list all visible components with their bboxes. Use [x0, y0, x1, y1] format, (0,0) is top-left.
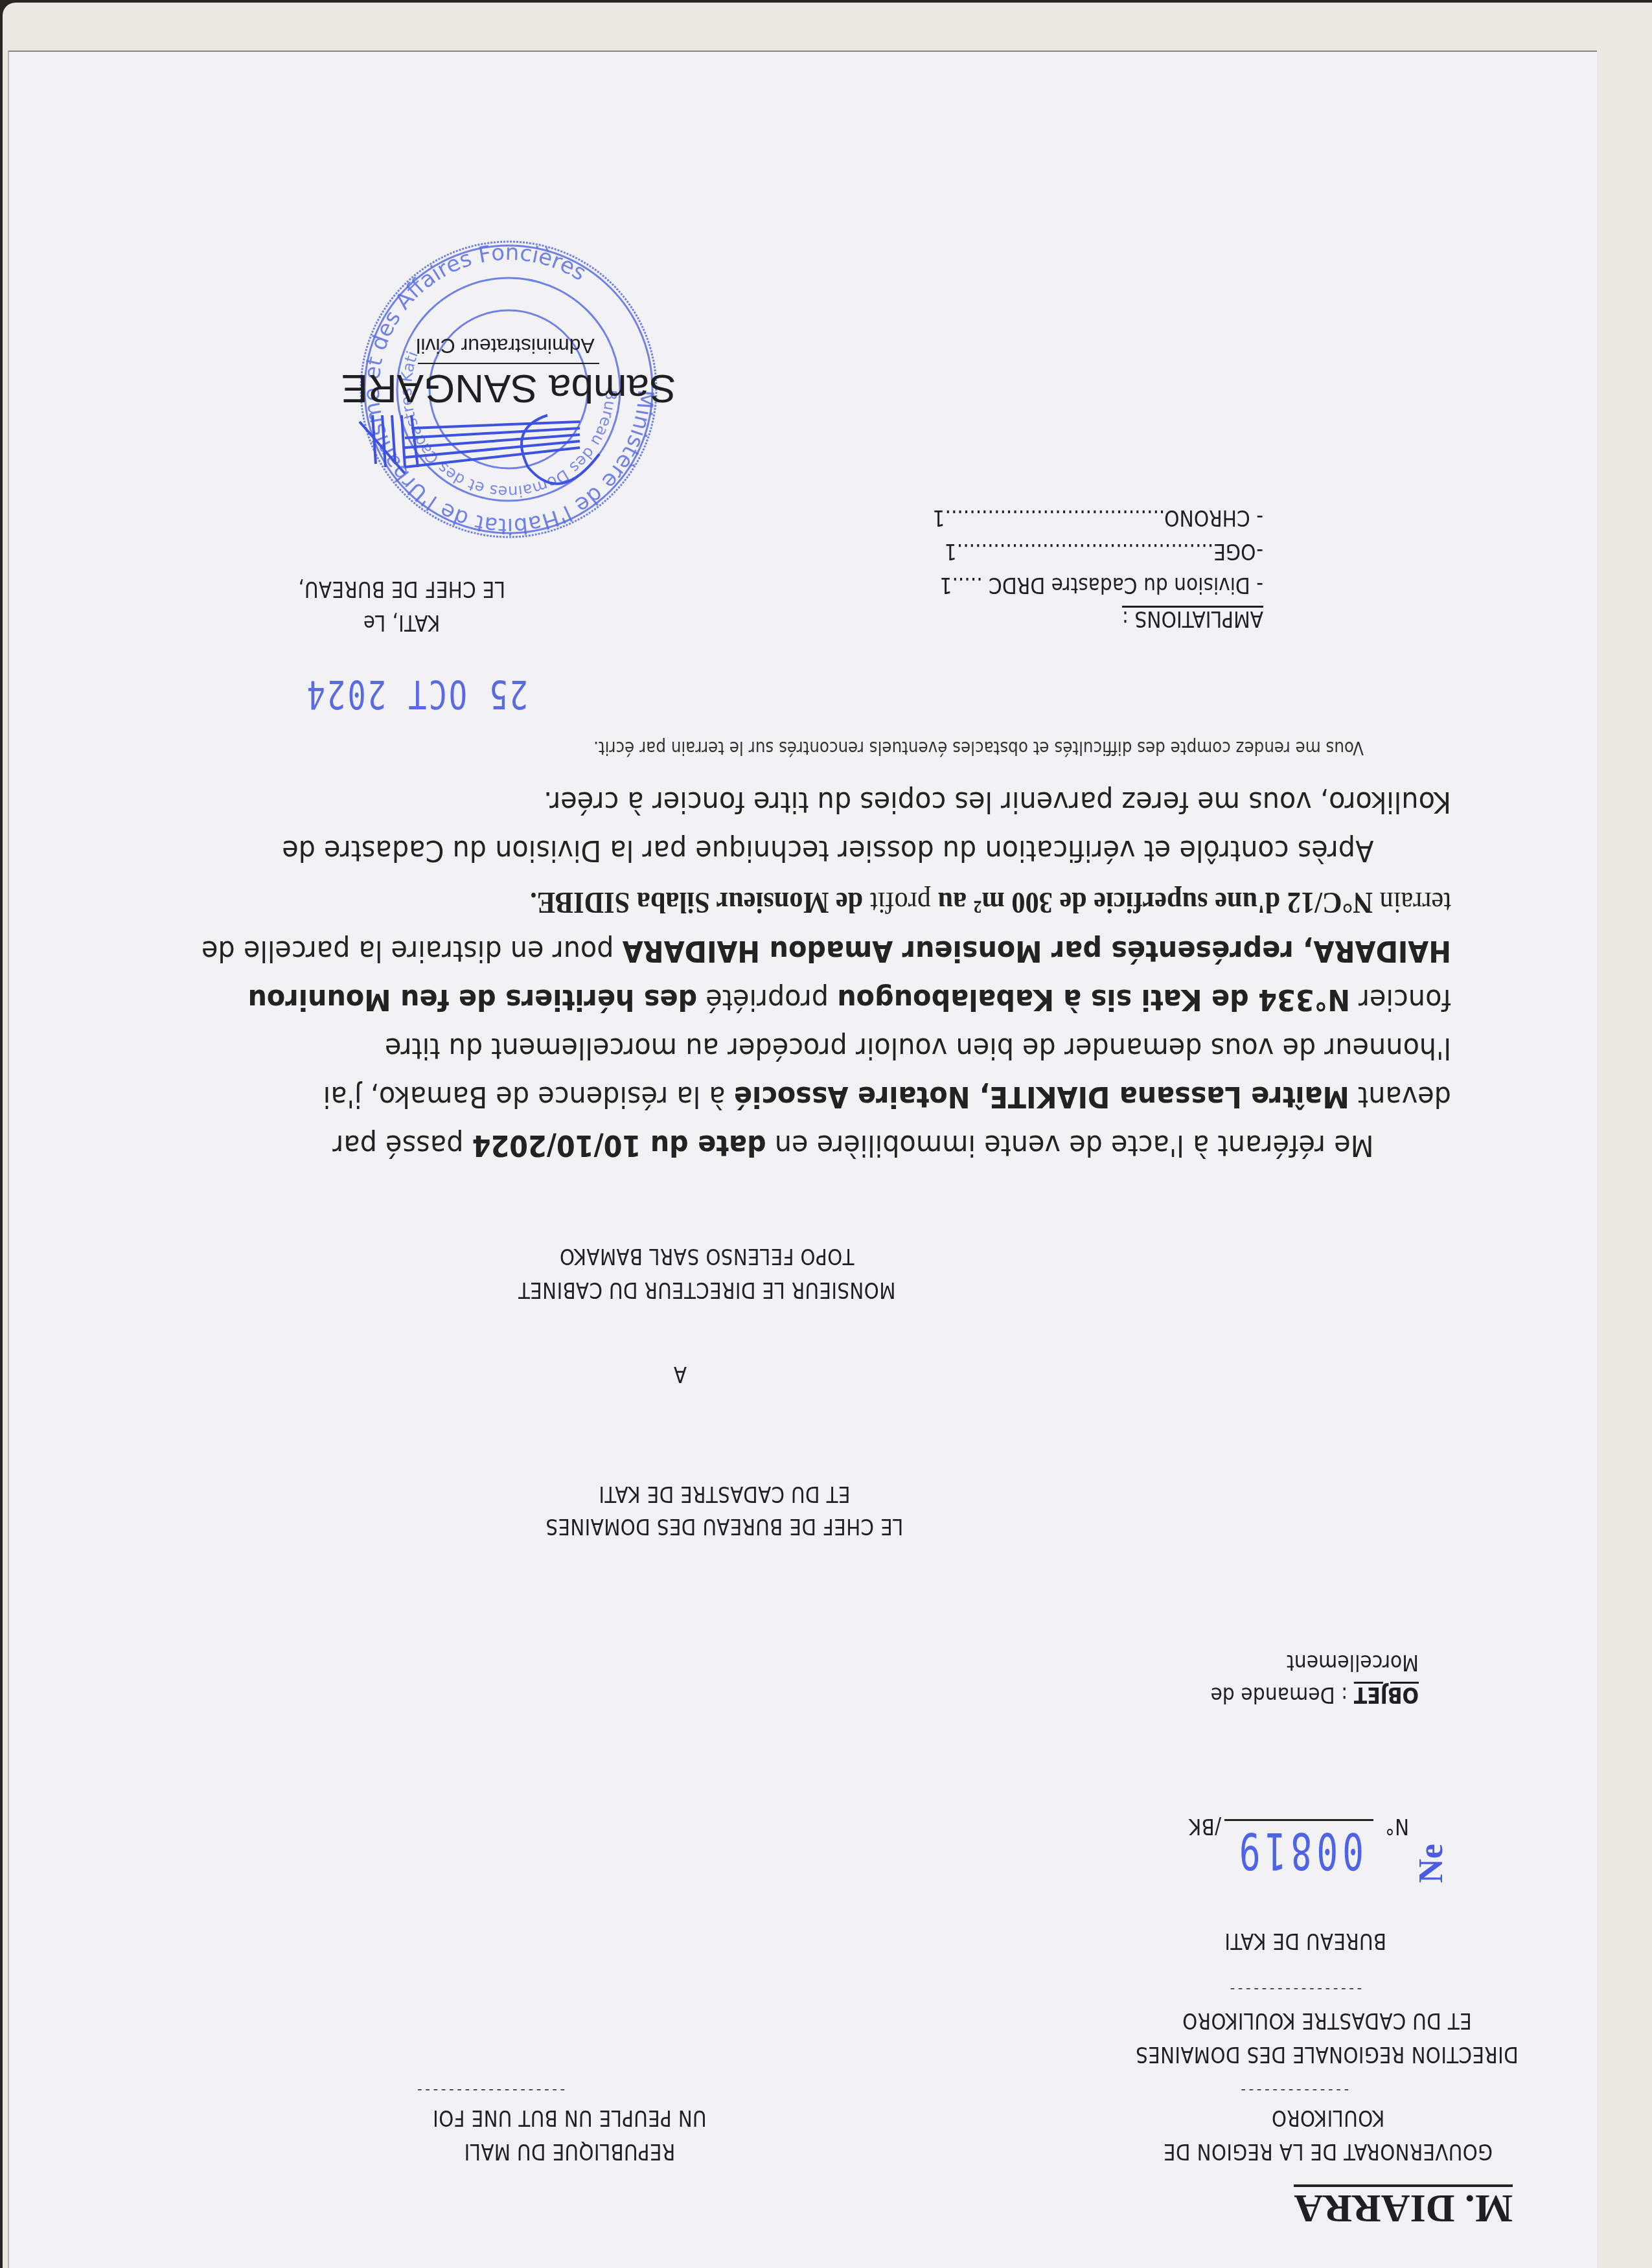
paragraph-2-line-2: Koulikoro, vous me ferez parvenir les co…	[140, 778, 1451, 827]
republic-block: REPUBLIQUE DU MALI UN PEUPLE UN BUT UNE …	[413, 2105, 726, 2164]
objet-line-1: : Demande de	[1210, 1682, 1348, 1708]
place-date: KATI, Le	[262, 610, 541, 636]
date-stamp: 25 OCT 2024	[305, 671, 528, 716]
separator-2: -----------------	[1229, 1981, 1364, 1997]
objet-line-2: Morcellement	[1210, 1646, 1419, 1678]
direction-line-2: ET DU CADASTRE KOULIKORO	[1115, 2008, 1539, 2033]
paragraph-2-line-1: Après contrôle et vérification du dossie…	[140, 827, 1451, 875]
paragraph-line: devant Maître Lassana DIAKITE, Notaire A…	[140, 1073, 1451, 1121]
text-run: devant	[1349, 1080, 1451, 1114]
text-run: pour en distraire la parcelle de	[201, 934, 623, 968]
ampliations-block: AMPLIATIONS : - Division du Cadastre DRD…	[933, 501, 1263, 636]
sender-line-1: LE CHEF DE BUREAU DES DOMAINES	[512, 1513, 936, 1539]
author-name: M. DIARRA	[1294, 2184, 1513, 2229]
signature-heading: KATI, Le LE CHEF DE BUREAU,	[262, 576, 541, 636]
recipient-line-1: MONSIEUR LE DIRECTEUR DU CABINET	[484, 1277, 930, 1303]
signatory-title: Administrateur Civil	[416, 334, 595, 358]
direction-block: DIRECTION REGIONALE DES DOMAINES ET DU C…	[1115, 2008, 1539, 2067]
gouvernorat-block: GOUVERNORAT DE LA REGION DE KOULIKORO	[1150, 2105, 1506, 2164]
paragraph-line: foncier N°334 de Kati sis à Kabalabougou…	[140, 976, 1451, 1024]
handwritten-mark: Ne	[1412, 1844, 1451, 1883]
official-stamp: Ministère de l'Habitat de l'Urbanisme et…	[340, 234, 677, 545]
body-paragraph-3: Vous me rendez compte des difficultés et…	[593, 737, 1364, 759]
paragraph-line: Me référant à l'acte de vente immobilièr…	[140, 1121, 1451, 1170]
separator-3: -------------------	[416, 2082, 567, 2098]
ampliation-item: - Division du Cadastre DRDC .....1	[933, 568, 1263, 602]
signatory-name: Samba SANGARE	[341, 366, 676, 411]
separator-1: --------------	[1240, 2082, 1351, 2098]
text-run: propriété	[697, 983, 837, 1017]
bold-run: N°C/12 d'une superficie de 300 m² au	[931, 886, 1373, 919]
body-paragraph-1: Me référant à l'acte de vente immobilièr…	[140, 878, 1451, 1170]
country-name: REPUBLIQUE DU MALI	[413, 2138, 726, 2164]
ampliations-label: AMPLIATIONS :	[933, 602, 1263, 636]
ampliation-item: - CHRONO................................…	[933, 501, 1263, 534]
text-run: à la résidence de Bamako, j'ai	[323, 1080, 734, 1114]
reference-prefix: N°	[1385, 1813, 1409, 1839]
direction-line-1: DIRECTION REGIONALE DES DOMAINES	[1115, 2041, 1539, 2067]
sender-line-2: ET DU CADASTRE DE KATI	[512, 1481, 936, 1507]
reference-number: Ne N° 00819 /BK	[1050, 1802, 1438, 1860]
reference-value: 00819	[1235, 1821, 1364, 1879]
text-run: passé par	[332, 1128, 472, 1163]
to-label: A	[674, 1361, 687, 1387]
bold-run: des héritiers de feu Mounirou	[247, 983, 697, 1017]
reference-suffix: /BK	[1189, 1813, 1221, 1839]
text-run: foncier	[1350, 983, 1451, 1017]
recipient-line-2: TOPO FELENSO SARL BAMAKO	[484, 1243, 930, 1269]
text-run: l'honneur de vous demander de bien voulo…	[385, 1031, 1451, 1066]
gouvernorat-line-2: KOULIKORO	[1150, 2105, 1506, 2131]
bold-run: N°334 de Kati sis à Kabalabougou	[837, 983, 1350, 1017]
bold-run: de Monsieur Silaba SIDIBE.	[530, 886, 863, 919]
text-run: Me référant à l'acte de vente immobilièr…	[766, 1128, 1374, 1163]
rotated-document: M. DIARRA GOUVERNORAT DE LA REGION DE KO…	[0, 0, 1652, 2268]
body-paragraph-2: Après contrôle et vérification du dossie…	[140, 778, 1451, 875]
ampliation-item: -OGE....................................…	[933, 534, 1263, 568]
letter-page: M. DIARRA GOUVERNORAT DE LA REGION DE KO…	[8, 51, 1597, 2268]
sender-block: LE CHEF DE BUREAU DES DOMAINES ET DU CAD…	[512, 1481, 936, 1539]
paragraph-1-lines: Me référant à l'acte de vente immobilièr…	[140, 927, 1451, 1170]
bold-run: date du 10/10/2024	[472, 1128, 766, 1163]
text-run: terrain	[1373, 886, 1451, 919]
bold-run: Maître Lassana DIAKITE, Notaire Associé	[734, 1080, 1349, 1114]
gouvernorat-line-1: GOUVERNORAT DE LA REGION DE	[1150, 2138, 1506, 2164]
paragraph-1-last-line: terrain N°C/12 d'une superficie de 300 m…	[140, 878, 1451, 927]
paragraph-line: HAIDARA, représentés par Monsieur Amadou…	[140, 927, 1451, 976]
objet-block: OBJET : Demande de Morcellement	[1210, 1646, 1419, 1711]
national-motto: UN PEUPLE UN BUT UNE FOI	[413, 2105, 726, 2131]
signatory-role: LE CHEF DE BUREAU,	[262, 576, 541, 602]
text-run: profit	[863, 886, 931, 919]
bureau-label: BUREAU DE KATI	[1224, 1928, 1386, 1954]
bold-run: HAIDARA, représentés par Monsieur Amadou…	[623, 934, 1451, 968]
recipient-block: MONSIEUR LE DIRECTEUR DU CABINET TOPO FE…	[484, 1243, 930, 1303]
paragraph-line: l'honneur de vous demander de bien voulo…	[140, 1024, 1451, 1073]
objet-label: OBJET	[1354, 1682, 1419, 1708]
reference-underline	[1224, 1819, 1373, 1821]
